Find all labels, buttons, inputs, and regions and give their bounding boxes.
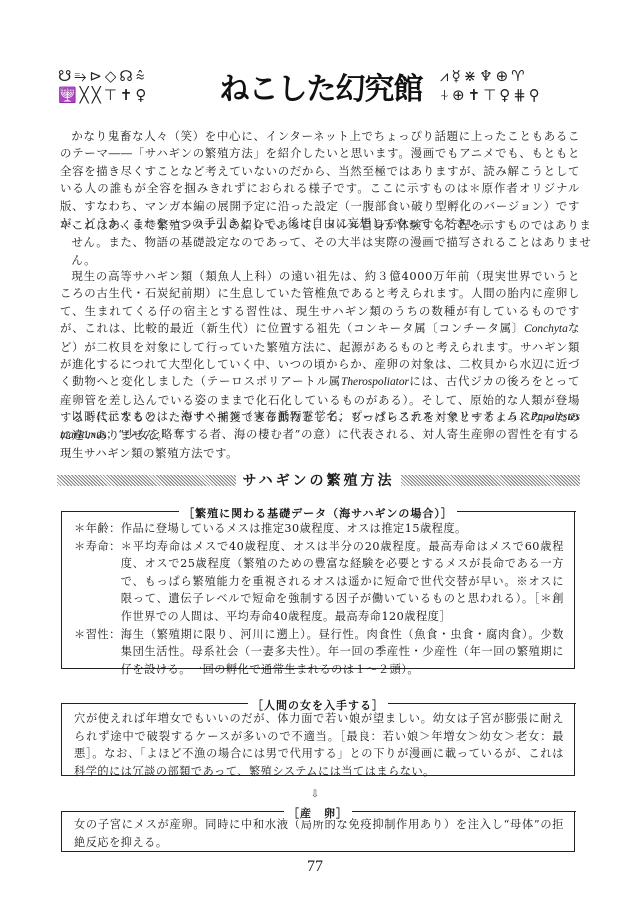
species-paragraph: 以下に示すものは、海サハギン（実存派万霊学名：プーパレステス・マリーティムスPu…	[60, 408, 580, 462]
page-title: ねこした幻究館	[214, 70, 428, 110]
section-banner: サハギンの繁殖方法	[57, 472, 580, 488]
data-row-lifespan: ＊寿命： ＊平均寿命はメスで40歳程度、オスは半分の20歳程度。最高寿命はメスで…	[74, 538, 564, 626]
hatch-decoration	[57, 475, 236, 486]
page-number: 77	[0, 858, 630, 876]
glyph-row: ☋⥱⊳◇☊⩯	[58, 67, 149, 86]
spawning-box: ［産 卵］ 女の子宮にメスが産卵。同時に中和水液（局所的な免疫抑制作用あり）を注…	[61, 812, 575, 852]
row-value: 海生（繁殖期に限り、河川に遡上）。昼行性。肉食性（魚食・虫食・腐肉食）。少数集団…	[121, 626, 564, 679]
glyph-row: ⩘☿⋇♆⊕♈	[440, 67, 543, 86]
intro-note: ＊これはあくまで繁殖システムの紹介であって、メルル自身が体験する行程を示すもので…	[60, 217, 591, 269]
latin-genus: Therospoliator	[341, 376, 409, 388]
row-value: 作品に登場しているメスは推定30歳程度、オスは推定15歳程度。	[121, 520, 564, 538]
box-title-text: ［繁殖に関わる基礎データ（海サハギンの場合）］	[179, 507, 457, 520]
box-title: ［産 卵］	[62, 802, 574, 821]
glyph-row: ⍭⊕✝⊤♀⋕⚲	[440, 86, 543, 105]
obtain-human-box: ［人間の女を入手する］ 穴が使えれば年増女でもいいのだが、体力面で若い娘が望まし…	[61, 704, 575, 776]
box-title: ［繁殖に関わる基礎データ（海サハギンの場合）］	[62, 502, 574, 521]
row-key: ＊年齢：	[74, 520, 121, 538]
row-value: ＊平均寿命はメスで40歳程度、オスは半分の20歳程度。最高寿命はメスで60歳程度…	[121, 538, 564, 626]
section-heading: サハギンの繁殖方法	[236, 470, 400, 490]
row-key: ＊習性：	[74, 626, 121, 679]
box-title-text: ［人間の女を入手する］	[248, 699, 388, 712]
intro-text: かなり鬼畜な人々（笑）を中心に、インターネット上でちょっぴり話題に上ったこともあ…	[60, 129, 580, 230]
basic-data-box: ［繁殖に関わる基礎データ（海サハギンの場合）］ ＊年齢： 作品に登場しているメス…	[61, 512, 575, 669]
box-title: ［人間の女を入手する］	[62, 694, 574, 713]
box-body: 穴が使えれば年増女でもいいのだが、体力面で若い娘が望ましい。幼女は子宮が膨張に耐…	[62, 704, 574, 780]
hatch-decoration	[401, 475, 580, 486]
text-span: 現生の高等サハギン類（類魚人上科）の遠い祖先は、約３億4000万年前（現実世界で…	[60, 269, 580, 335]
latin-genus: Conchyta	[524, 323, 568, 335]
row-key: ＊寿命：	[74, 538, 121, 626]
decorative-glyphs-left: ☋⥱⊳◇☊⩯ 🕎╳╳⊤✝♀	[58, 67, 149, 105]
box-title-text: ［産 卵］	[284, 807, 352, 820]
text-span: ；“少女を略奪する者、海の棲む者”の意）に代表される、対人寄生産卵の習性を有する…	[60, 427, 580, 459]
data-row-habits: ＊習性： 海生（繁殖期に限り、河川に遡上）。昼行性。肉食性（魚食・虫食・腐肉食）…	[74, 626, 564, 679]
data-row-age: ＊年齢： 作品に登場しているメスは推定30歳程度、オスは推定15歳程度。	[74, 520, 564, 538]
down-arrow-icon: ⇩	[0, 789, 630, 800]
text-span: 以下に示すものは、海サハギン（実存派万霊学名：プーパレステス・マリーティムス	[60, 409, 531, 423]
decorative-glyphs-right: ⩘☿⋇♆⊕♈ ⍭⊕✝⊤♀⋕⚲	[440, 67, 543, 105]
box-body: ＊年齢： 作品に登場しているメスは推定30歳程度、オスは推定15歳程度。 ＊寿命…	[62, 512, 574, 678]
glyph-row: 🕎╳╳⊤✝♀	[58, 86, 149, 105]
